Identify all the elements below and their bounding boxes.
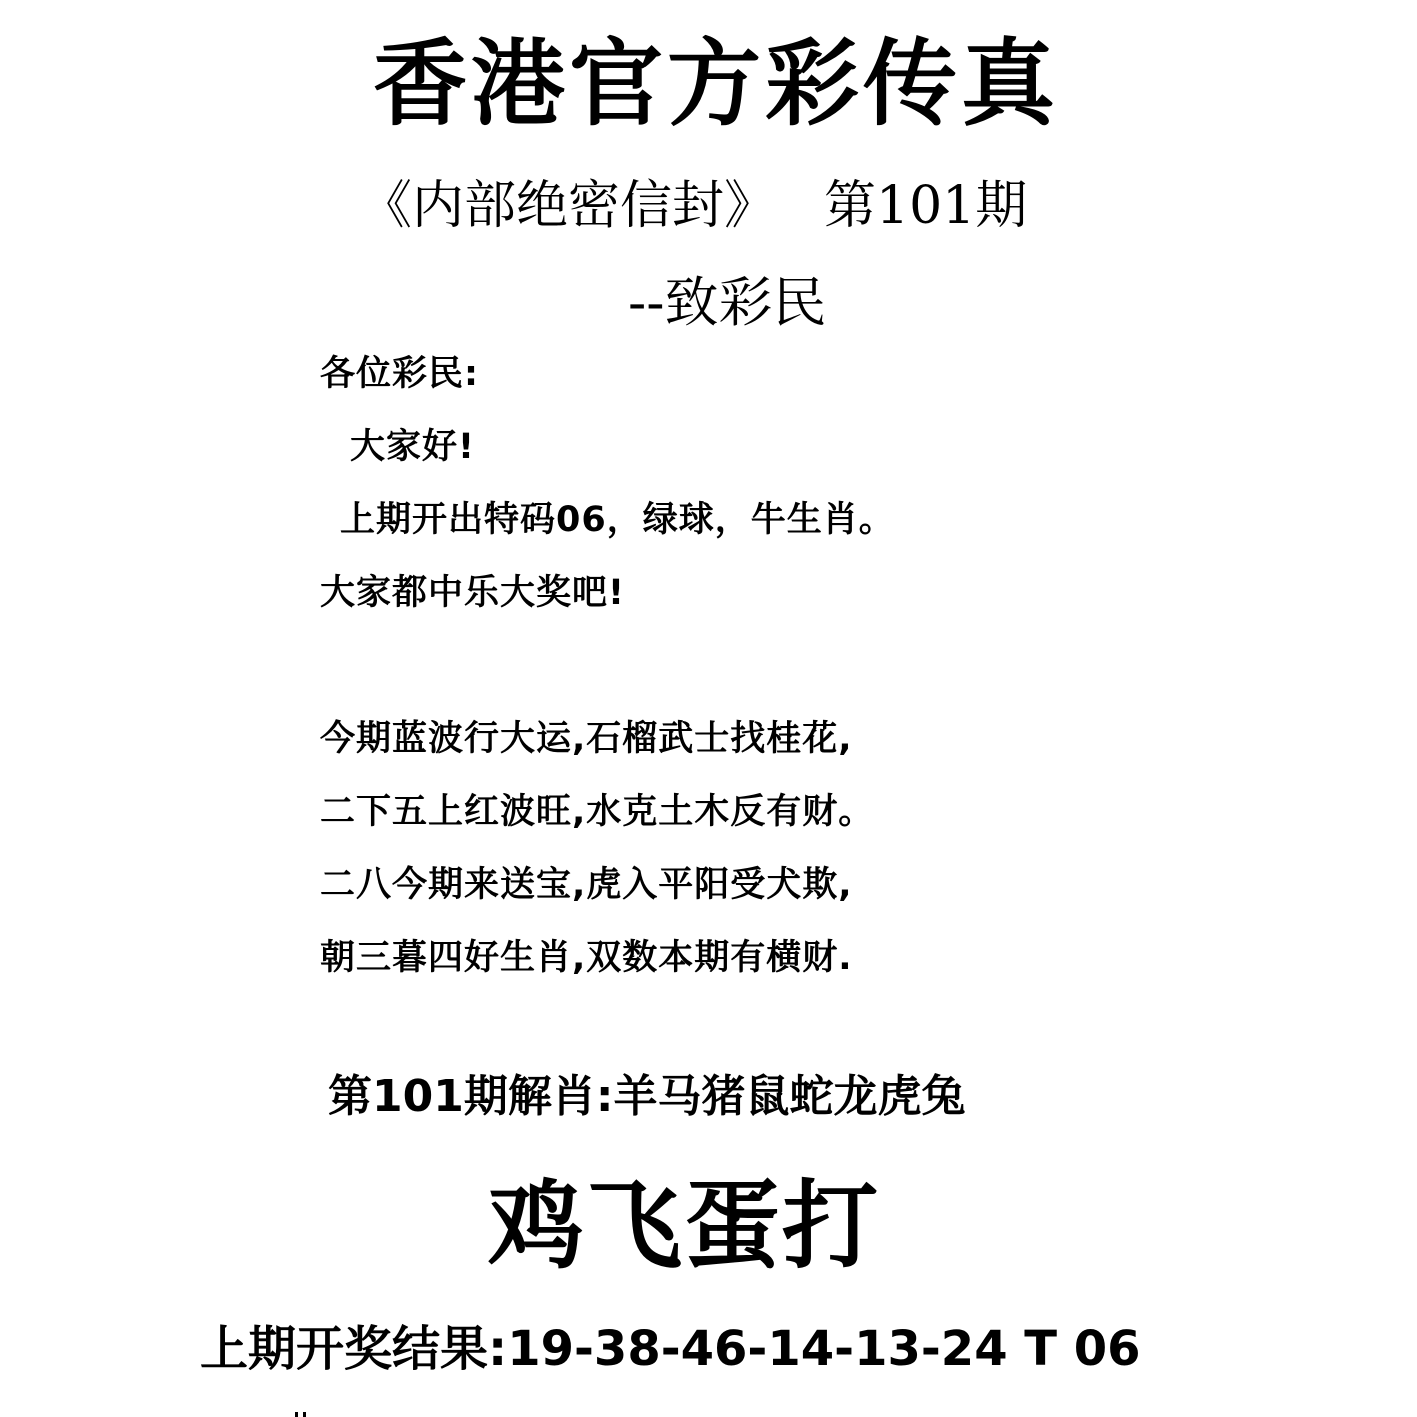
headline: 鸡飞蛋打: [488, 1178, 880, 1274]
poem-line: 今期蓝波行大运,石榴武士找桂花,: [320, 722, 853, 757]
last-result-summary: 上期开出特码06，绿球，牛生肖。: [340, 503, 895, 538]
dedication: --致彩民: [628, 276, 827, 330]
publication-name: 《内部绝密信封》: [360, 176, 776, 236]
poem-line: 二下五上红波旺,水克土木反有财。: [320, 795, 874, 830]
zodiac-hint: 第101期解肖:羊马猪鼠蛇龙虎兔: [328, 1075, 965, 1119]
congrats-text: 大家都中乐大奖吧!: [320, 576, 625, 611]
greeting: 各位彩民:: [320, 357, 479, 392]
issue-number: 第101期: [824, 176, 1027, 236]
previous-results: 上期开奖结果:19-38-46-14-13-24 T 06: [200, 1325, 1141, 1373]
document-subtitle: 《内部绝密信封》第101期: [360, 180, 1027, 232]
poem-line: 朝三暮四好生肖,双数本期有横财.: [320, 941, 853, 976]
document-title: 香港官方彩传真: [373, 38, 1059, 132]
hello-text: 大家好!: [350, 430, 475, 465]
cutoff-text-fragment: [295, 1412, 309, 1417]
poem-line: 二八今期来送宝,虎入平阳受犬欺,: [320, 868, 853, 903]
